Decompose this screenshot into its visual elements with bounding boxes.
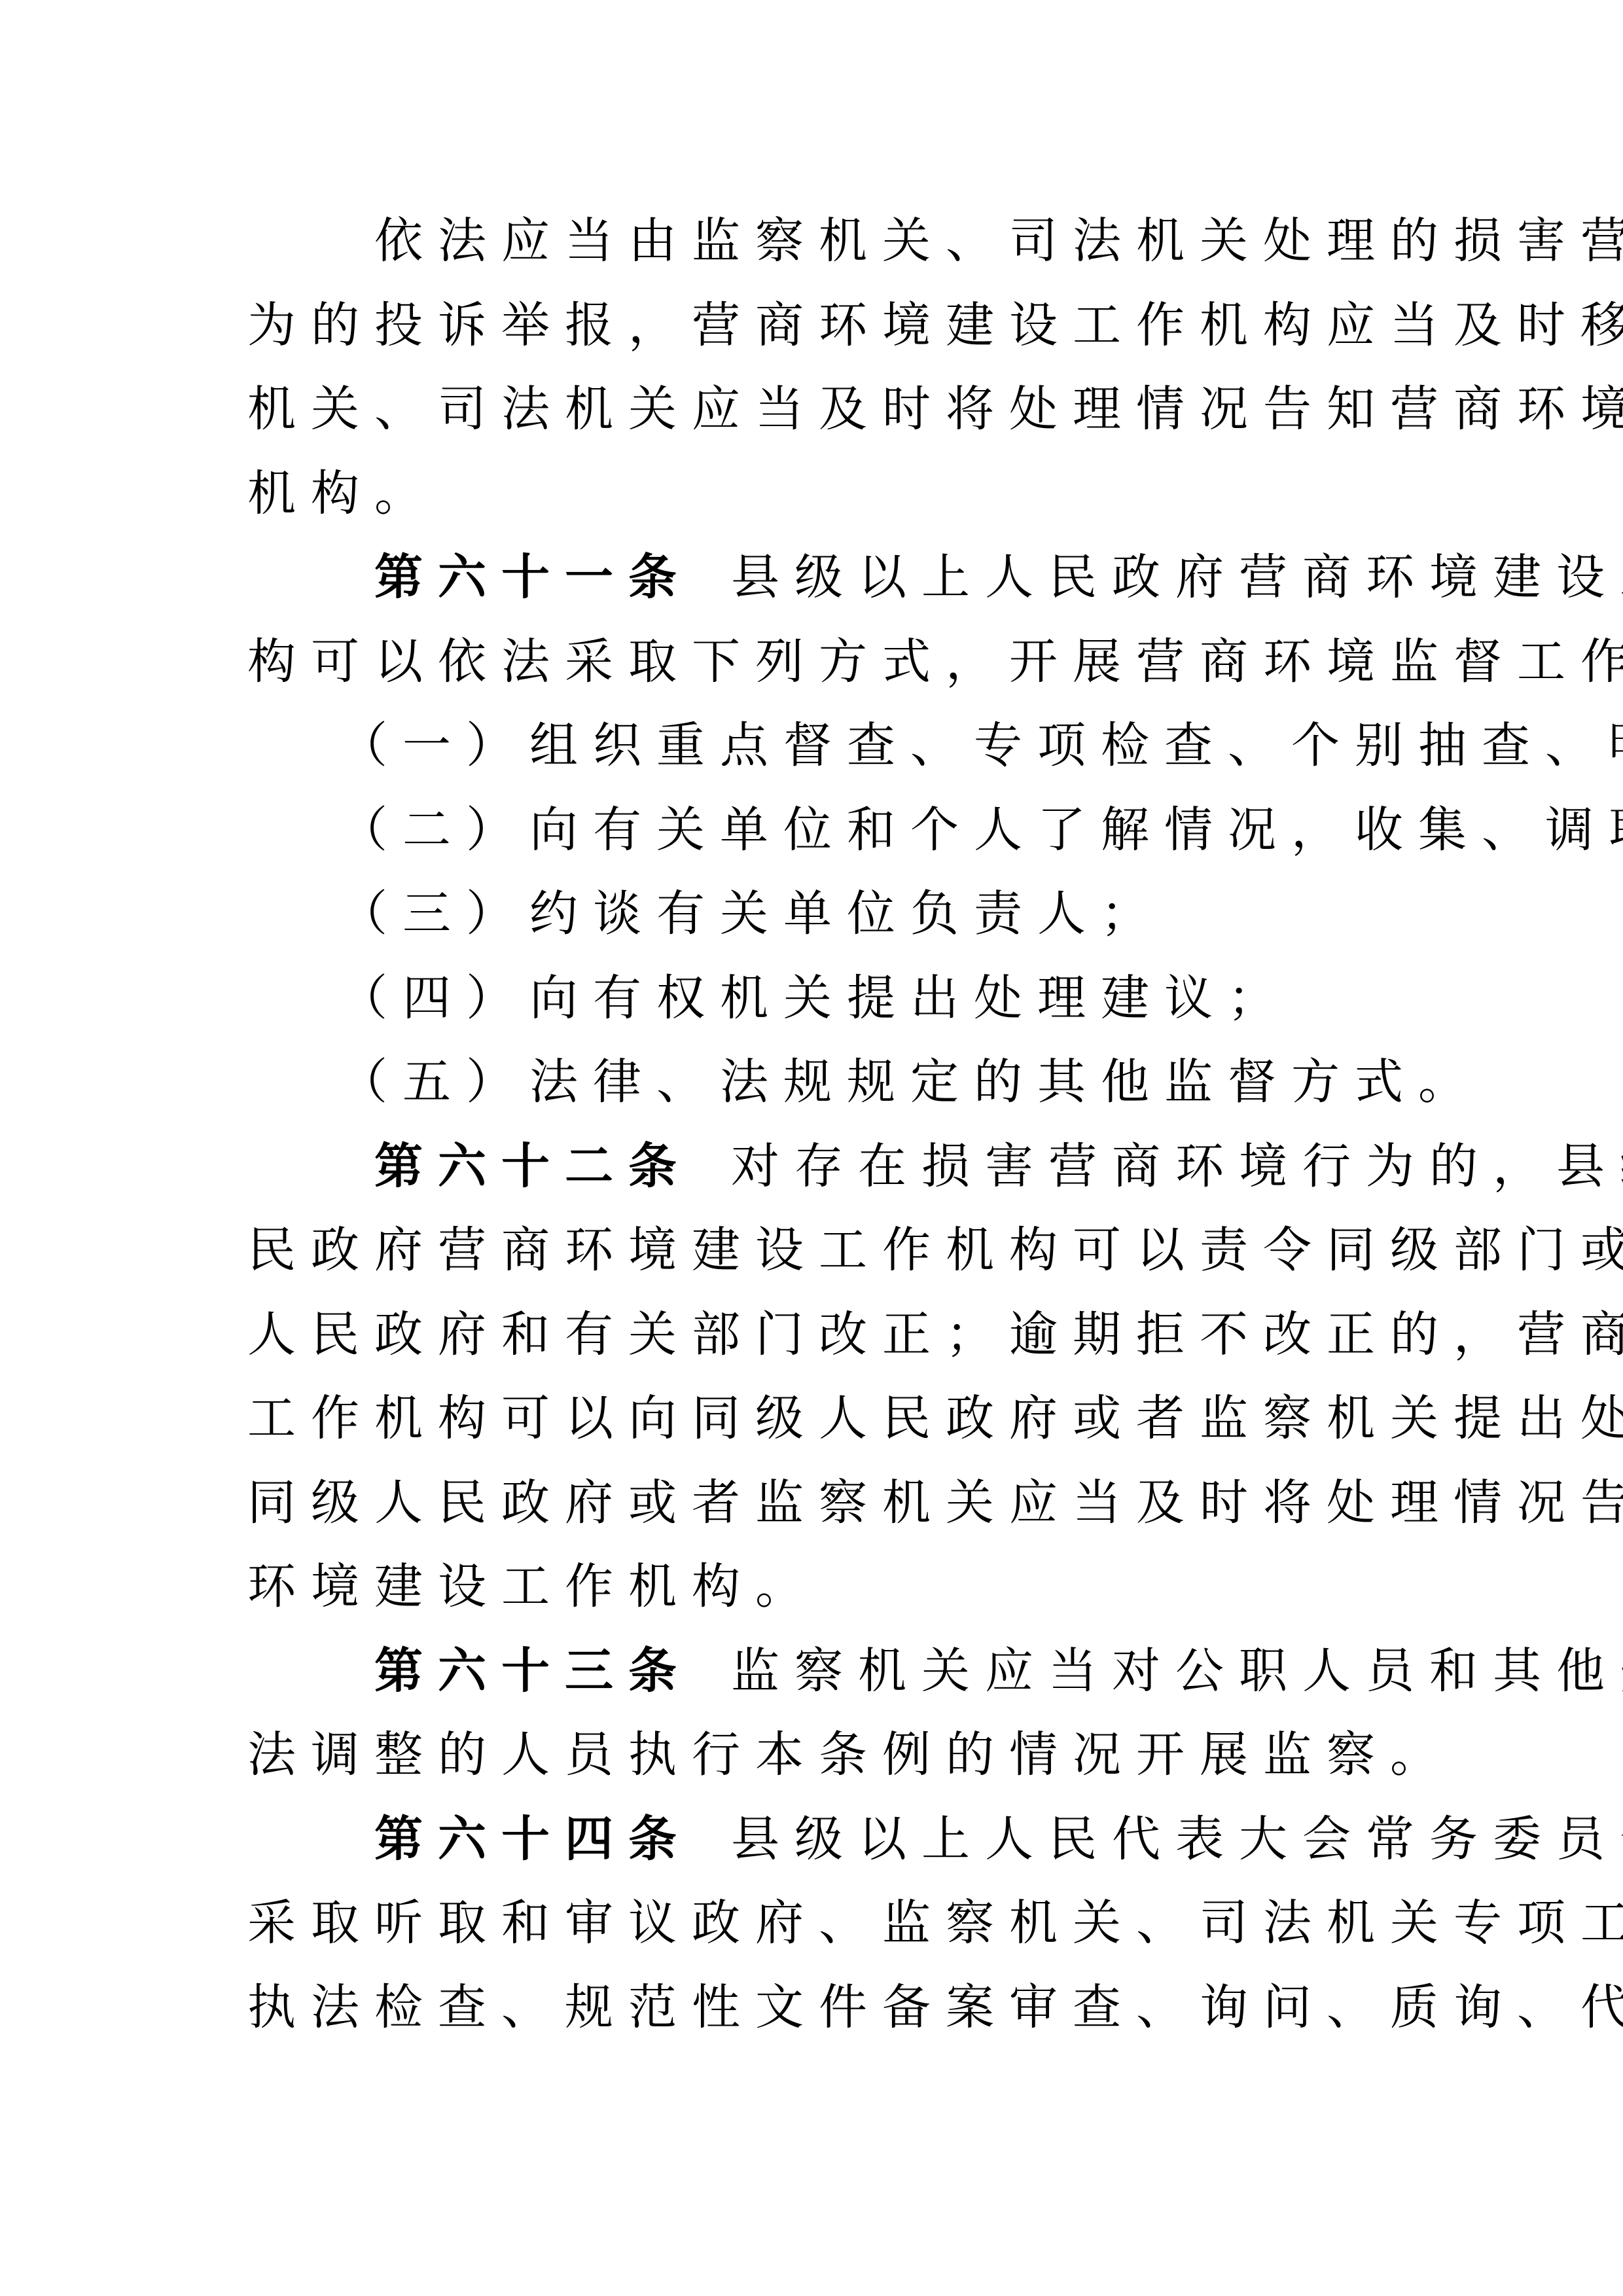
- paragraph-line: 采取听取和审议政府、监察机关、司法机关专项工作报告、: [247, 1890, 1393, 1975]
- paragraph-line: 依法应当由监察机关、司法机关处理的损害营商环境行: [247, 208, 1393, 293]
- paragraph-line: 人民政府和有关部门改正；逾期拒不改正的，营商环境建设: [247, 1302, 1393, 1386]
- list-item: （二）向有关单位和个人了解情况，收集、调取证据；: [247, 797, 1393, 882]
- article-text: 县级以上人民政府营商环境建设工作机: [731, 549, 1623, 605]
- article-64-first-line: 第六十四条县级以上人民代表大会常务委员会可以: [247, 1806, 1393, 1891]
- article-heading: 第六十三条: [374, 1643, 692, 1699]
- article-63-first-line: 第六十三条监察机关应当对公职人员和其他受监察: [247, 1638, 1393, 1723]
- paragraph-line: 执法检查、规范性文件备案审查、询问、质询、代表视察等: [247, 1975, 1393, 2059]
- list-item: （四）向有权机关提出处理建议；: [247, 965, 1393, 1050]
- paragraph-line: 同级人民政府或者监察机关应当及时将处理情况告知营商: [247, 1470, 1393, 1554]
- paragraph-line: 为的投诉举报，营商环境建设工作机构应当及时移交。监察: [247, 293, 1393, 377]
- paragraph-line: 机构。: [247, 461, 1393, 545]
- article-61-first-line: 第六十一条县级以上人民政府营商环境建设工作机: [247, 545, 1393, 629]
- article-text: 县级以上人民代表大会常务委员会可以: [731, 1811, 1623, 1867]
- paragraph-line: 环境建设工作机构。: [247, 1554, 1393, 1638]
- article-heading: 第六十二条: [374, 1138, 692, 1194]
- list-item: （一）组织重点督查、专项检查、个别抽查、明察暗访；: [247, 713, 1393, 797]
- article-heading: 第六十四条: [374, 1811, 692, 1867]
- paragraph-line: 构可以依法采取下列方式，开展营商环境监督工作：: [247, 629, 1393, 713]
- paragraph-line: 工作机构可以向同级人民政府或者监察机关提出处理建议。: [247, 1386, 1393, 1470]
- paragraph-line: 民政府营商环境建设工作机构可以责令同级部门或者下级: [247, 1217, 1393, 1302]
- paragraph-line: 机关、司法机关应当及时将处理情况告知营商环境建设工作: [247, 376, 1393, 461]
- article-heading: 第六十一条: [374, 549, 692, 605]
- paragraph-line: 法调整的人员执行本条例的情况开展监察。: [247, 1722, 1393, 1806]
- list-item: （五）法律、法规规定的其他监督方式。: [247, 1049, 1393, 1134]
- article-62-first-line: 第六十二条对存在损害营商环境行为的，县级以上人: [247, 1134, 1393, 1218]
- article-text: 对存在损害营商环境行为的，县级以上人: [731, 1138, 1623, 1194]
- document-page: 依法应当由监察机关、司法机关处理的损害营商环境行 为的投诉举报，营商环境建设工作…: [247, 208, 1393, 2058]
- list-item: （三）约谈有关单位负责人；: [247, 881, 1393, 965]
- article-text: 监察机关应当对公职人员和其他受监察: [731, 1643, 1623, 1699]
